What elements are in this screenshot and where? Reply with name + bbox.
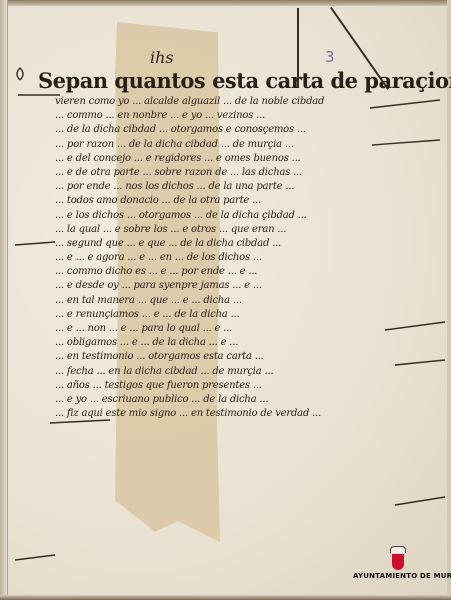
manuscript-body: vieren como yo ... alcalde alguazil ... … xyxy=(55,95,415,421)
body-line: ... commo dicho es ... e ... por ende ..… xyxy=(55,265,415,279)
body-line: ... de la dicha cibdad ... otorgamos e c… xyxy=(55,123,415,137)
body-line: ... obligamos ... e ... de la dicha ... … xyxy=(55,336,415,350)
body-line: ... commo ... en nonbre ... e yo ... vez… xyxy=(55,109,415,123)
body-line: ... en testimonio ... otorgamos esta car… xyxy=(55,350,415,364)
body-line: ... e renunçiamos ... e ... de la dicha … xyxy=(55,308,415,322)
body-line: ... e desde oy ... para syenpre jamas ..… xyxy=(55,279,415,293)
body-line: ... en tal manera ... que ... e ... dich… xyxy=(55,294,415,308)
watermark-text: AYUNTAMIENTO DE MURCI xyxy=(353,572,443,580)
body-line: ... por razon ... de la dicha cibdad ...… xyxy=(55,138,415,152)
body-line: ... e ... e agora ... e ... en ... de lo… xyxy=(55,251,415,265)
manuscript-page: 3 ihs Sepan quantos esta carta de paraçi… xyxy=(0,0,451,600)
institution-watermark: AYUNTAMIENTO DE MURCI xyxy=(353,546,443,594)
body-line: ... la qual ... e sobre los ... e otros … xyxy=(55,223,415,237)
body-line: ... todos amo donacio ... de la otra par… xyxy=(55,194,415,208)
body-line: ... e yo ... escriuano publico ... de la… xyxy=(55,393,415,407)
shield-icon xyxy=(392,554,404,570)
body-line: ... por ende ... nos los dichos ... de l… xyxy=(55,180,415,194)
body-line: ... e los dichos ... otorgamos ... de la… xyxy=(55,209,415,223)
body-line: ... fecha ... en la dicha cibdad ... de … xyxy=(55,365,415,379)
body-line: ... e ... non ... e ... para lo qual ...… xyxy=(55,322,415,336)
body-line: ... e del concejo ... e regidores ... e … xyxy=(55,152,415,166)
body-line: ... e de otra parte ... sobre razon de .… xyxy=(55,166,415,180)
body-line: ... fiz aqui este mio signo ... en testi… xyxy=(55,407,415,421)
crown-icon xyxy=(390,546,406,553)
body-line: ... segund que ... e que ... de la dicha… xyxy=(55,237,415,251)
body-line: vieren como yo ... alcalde alguazil ... … xyxy=(55,95,415,109)
body-line: ... años ... testigos que fueron present… xyxy=(55,379,415,393)
